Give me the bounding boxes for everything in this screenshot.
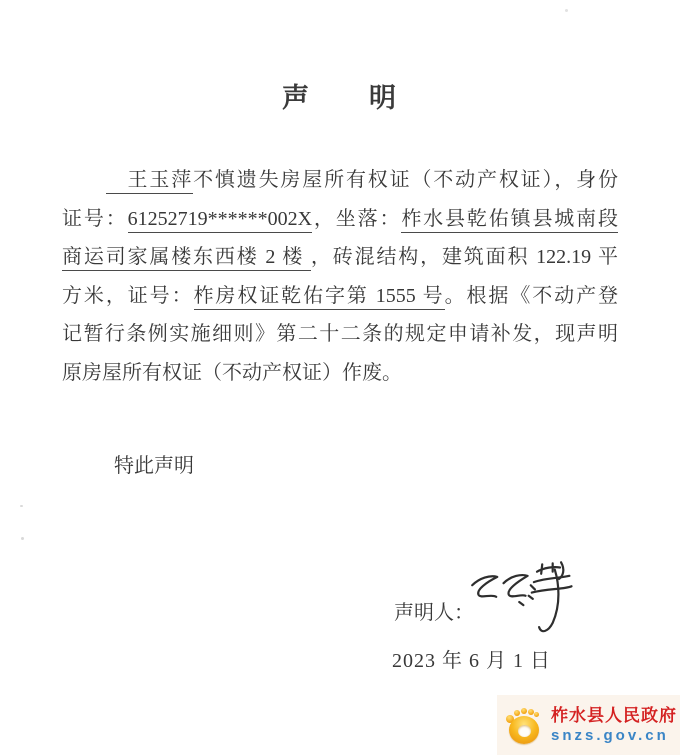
body-line: 原房屋所有权证（不动产权证）作废。	[62, 354, 618, 393]
government-name: 柞水县人民政府	[551, 706, 677, 726]
address-underlined: 柞水县乾佑镇县城南段	[401, 208, 618, 233]
body-line: 商运司家属楼东西楼 2 楼 ，砖混结构，建筑面积 122.19 平	[62, 238, 618, 277]
body-line: 记暂行条例实施细则》第二十二条的规定申请补发，现声明	[62, 315, 618, 354]
government-watermark-text: 柞水县人民政府 snzs.gov.cn	[551, 706, 677, 745]
body-line: 证号：61252719******002X，坐落：柞水县乾佑镇县城南段	[62, 200, 618, 239]
footprint-logo-icon	[503, 703, 547, 747]
government-website: snzs.gov.cn	[551, 726, 677, 745]
scan-speck	[21, 537, 24, 540]
declarant-name-underlined: 王玉萍	[106, 169, 193, 194]
government-watermark: 柞水县人民政府 snzs.gov.cn	[497, 695, 680, 755]
document-body: 王玉萍不慎遗失房屋所有权证（不动产权证），身份 证号：61252719*****…	[62, 161, 618, 392]
id-number-underlined: 61252719******002X	[128, 208, 312, 233]
indent	[62, 169, 106, 191]
handwritten-signature	[468, 560, 583, 644]
closing-statement: 特此声明	[114, 449, 194, 478]
document-title: 声 明	[0, 76, 680, 115]
signature-date: 2023 年 6 月 1 日	[392, 644, 551, 673]
signatory-label: 声明人：	[394, 596, 474, 625]
scan-speck	[565, 9, 568, 12]
certificate-number-underlined: 柞房权证乾佑字第 1555 号	[194, 285, 445, 310]
body-line: 方米，证号：柞房权证乾佑字第 1555 号。根据《不动产登	[62, 277, 618, 316]
declaration-document: 声 明 王玉萍不慎遗失房屋所有权证（不动产权证），身份 证号：61252719*…	[0, 0, 680, 755]
signature-name-text: 王玉萍	[0, 0, 1, 1]
address-underlined-cont: 商运司家属楼东西楼 2 楼	[62, 246, 311, 271]
scan-speck	[20, 505, 23, 507]
body-line: 王玉萍不慎遗失房屋所有权证（不动产权证），身份	[62, 161, 618, 200]
